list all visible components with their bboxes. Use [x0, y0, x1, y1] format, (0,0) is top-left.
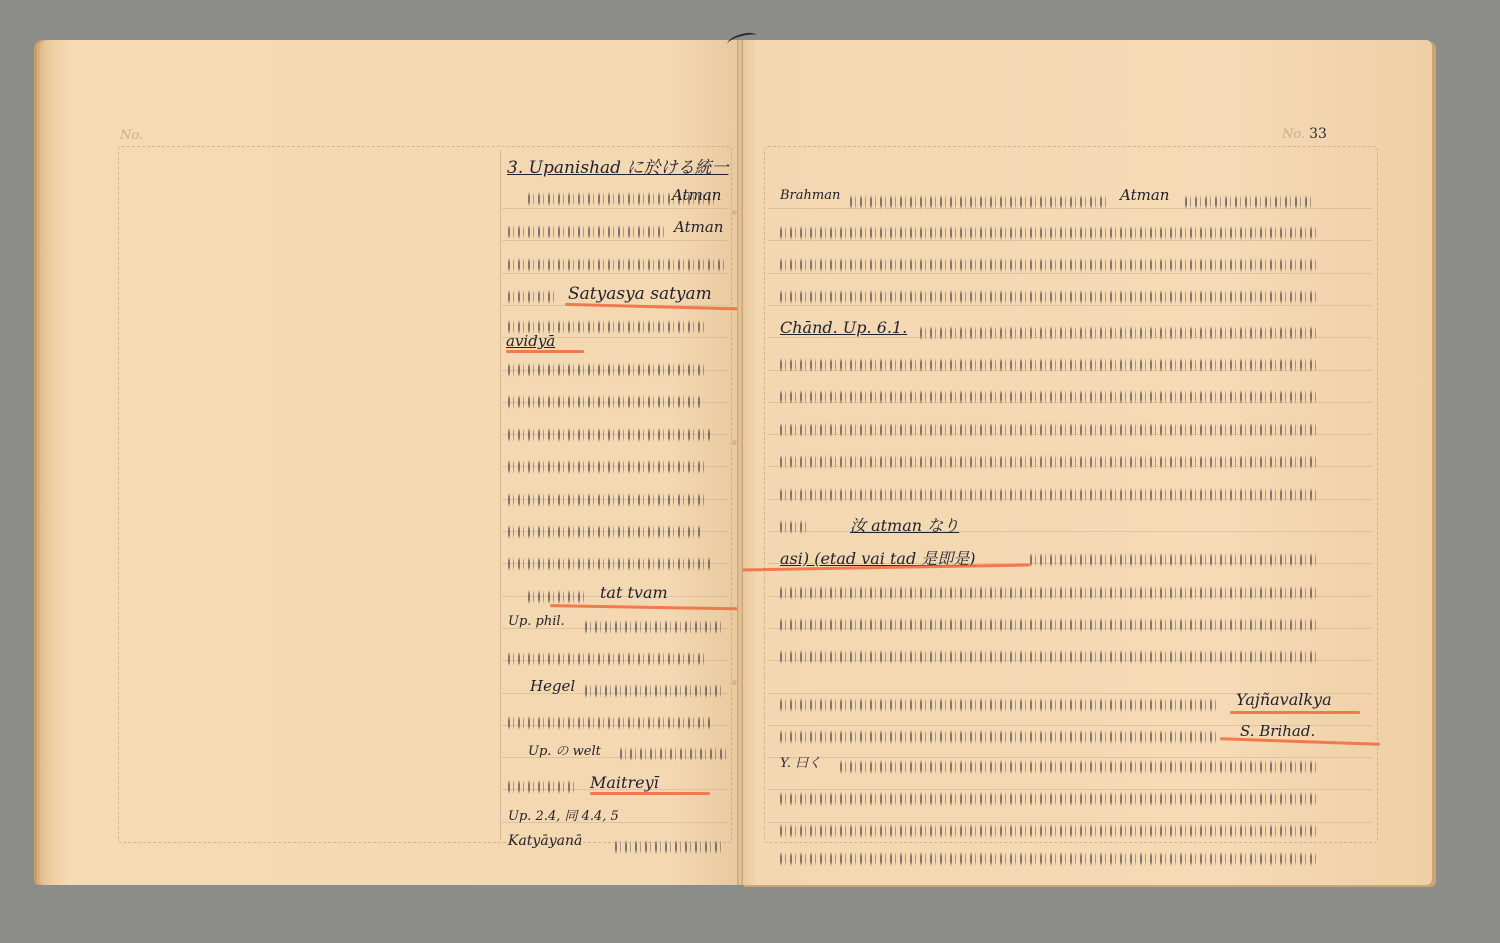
handwritten-line [508, 395, 703, 409]
handwritten-line [780, 698, 1220, 712]
book-gutter [737, 40, 743, 885]
right-page: No.33 Brahman Atman Chānd. Up. 6.1. 汝 at… [740, 40, 1432, 885]
citation-up-phil: Up. phil. [508, 614, 565, 629]
citation-hegel: Hegel [530, 677, 575, 695]
handwritten-line [508, 428, 713, 442]
ruled-line [768, 789, 1372, 790]
ruled-line [768, 305, 1372, 306]
handwritten-line [1185, 195, 1315, 209]
handwritten-line [780, 488, 1320, 502]
term-satyasya-satyam: Satyasya satyam [568, 284, 712, 304]
citation-up-welt: Up. の welt [528, 740, 601, 759]
handwritten-line [585, 684, 725, 698]
term-maitreyi: Maitreyī [590, 773, 659, 792]
handwritten-line [780, 824, 1320, 838]
phrase-nanji-atman: 汝 atman なり [850, 513, 959, 536]
handwritten-line [508, 525, 703, 539]
margin-line [500, 150, 501, 840]
right-page-number-label: No. [1282, 127, 1305, 142]
handwritten-line [508, 460, 708, 474]
citation-brihad: S. Brihad. [1240, 722, 1315, 740]
handwritten-line [508, 557, 713, 571]
ruled-line [768, 757, 1372, 758]
left-page-number-label: No. [120, 128, 143, 143]
right-page-number-value: 33 [1309, 126, 1327, 142]
handwritten-line [780, 290, 1320, 304]
citation-chand-up: Chānd. Up. 6.1. [780, 318, 907, 337]
handwritten-line [585, 620, 725, 634]
handwritten-line [1030, 553, 1320, 567]
right-page-number: No.33 [1282, 126, 1327, 142]
red-underline [506, 350, 584, 353]
handwritten-line [780, 852, 1320, 866]
handwritten-line [840, 760, 1320, 774]
handwritten-line [780, 520, 810, 534]
handwritten-line [780, 792, 1320, 806]
red-underline [590, 792, 710, 795]
handwritten-line [780, 730, 1220, 744]
handwritten-line [508, 493, 708, 507]
handwritten-line [528, 590, 588, 604]
handwritten-line [780, 618, 1320, 632]
left-page: No. 3. Upanishad に於ける統一 Atman Atman Saty… [40, 40, 740, 885]
term-brahman: Brahman [780, 188, 840, 203]
handwritten-line [780, 390, 1320, 404]
red-underline [1230, 711, 1360, 714]
handwritten-line [615, 840, 725, 854]
term-katyayana: Katyāyanā [508, 833, 582, 849]
term-avidya: avidyā [506, 332, 555, 350]
handwritten-line [508, 780, 578, 794]
handwritten-line [508, 290, 558, 304]
handwritten-line [508, 258, 728, 272]
ruled-line [768, 240, 1372, 241]
handwritten-line [508, 716, 713, 730]
term-tat-tvam: tat tvam [600, 583, 668, 602]
handwritten-line [780, 226, 1320, 240]
handwritten-line [508, 363, 708, 377]
ruled-line [502, 240, 728, 241]
term-atman: Atman [1120, 186, 1169, 204]
notebook-spread: No. 3. Upanishad に於ける統一 Atman Atman Saty… [40, 40, 1432, 888]
ruled-line [768, 822, 1372, 823]
handwritten-line [780, 455, 1320, 469]
handwritten-line [508, 225, 668, 239]
term-yajnavalkya: Yajñavalkya [1236, 690, 1332, 709]
ruled-line [768, 273, 1372, 274]
term-atman: Atman [674, 218, 723, 236]
handwritten-line [508, 652, 708, 666]
section-heading: 3. Upanishad に於ける統一 [507, 153, 728, 178]
handwritten-line [780, 423, 1320, 437]
ruled-line [502, 208, 728, 209]
handwritten-line [780, 650, 1320, 664]
handwritten-line [620, 747, 730, 761]
handwritten-line [780, 358, 1320, 372]
handwritten-line [850, 195, 1110, 209]
handwritten-line [780, 586, 1320, 600]
handwritten-line [780, 258, 1320, 272]
ruled-line [502, 273, 728, 274]
handwritten-line [920, 326, 1320, 340]
speaker-y: Y. 曰く [780, 752, 821, 771]
citation-up-2-4: Up. 2.4, 同 4.4, 5 [508, 805, 619, 824]
term-atman: Atman [672, 186, 721, 204]
